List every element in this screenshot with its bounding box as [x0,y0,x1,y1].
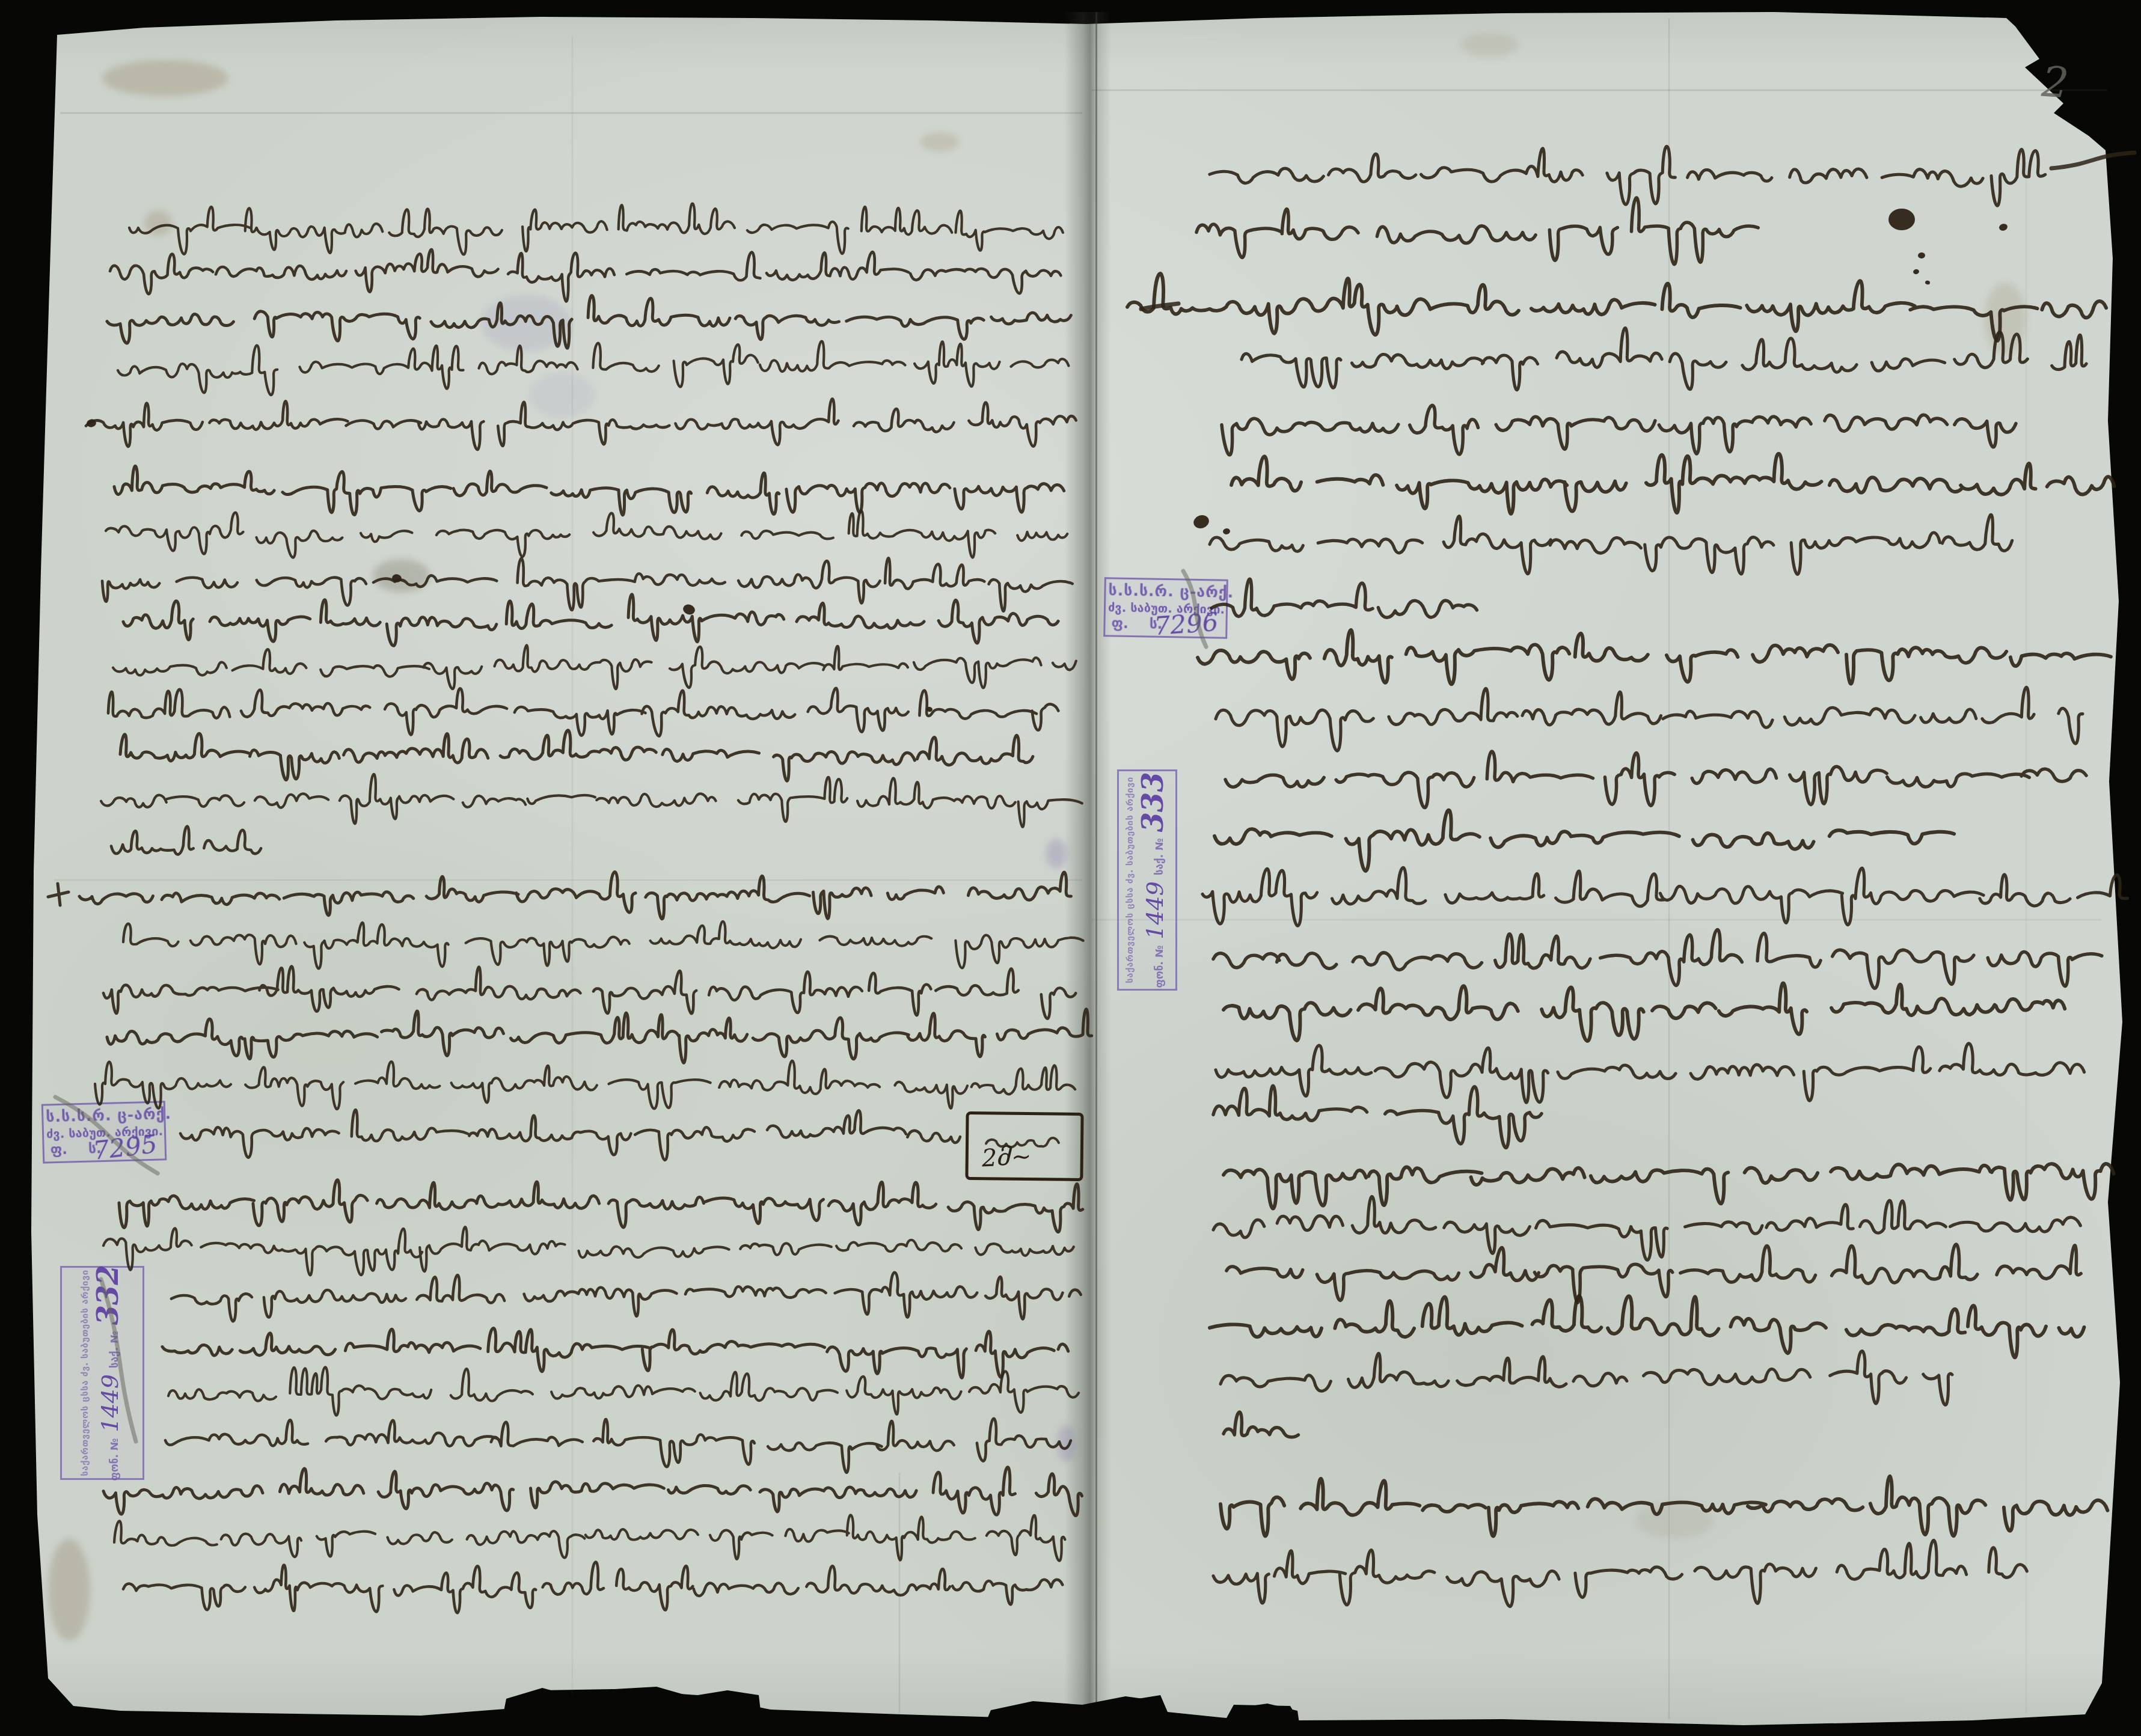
tear-notches-layer [0,0,2141,1736]
tear-notch [499,1687,764,1736]
tear-notch [53,1711,138,1736]
scanned-manuscript: ს.ს.ს.რ. ც-არქ. ძვ. საბუთ. არქივი. ფ. ს.… [0,0,2141,1736]
tear-notch [980,1696,1170,1736]
tear-notch [1227,1704,1301,1736]
